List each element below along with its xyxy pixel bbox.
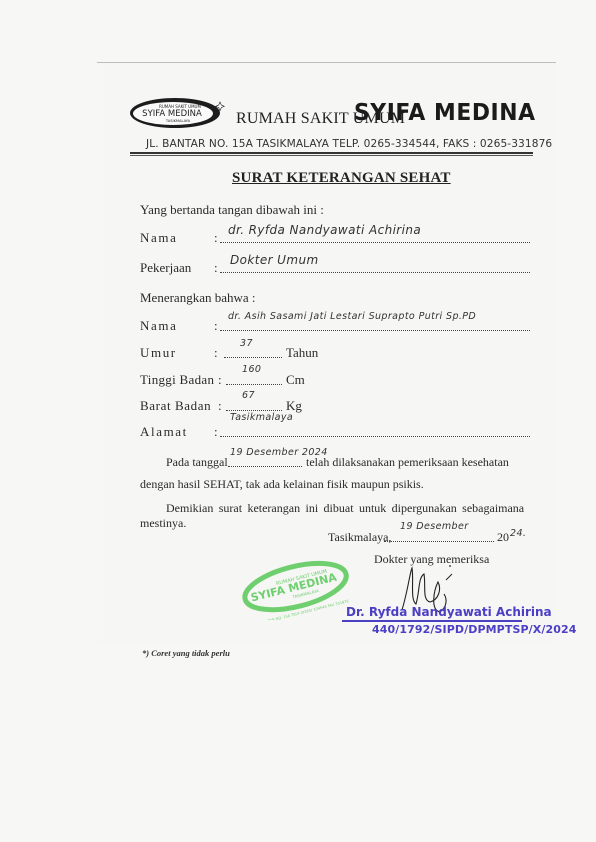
colon: : <box>214 260 218 276</box>
svg-text:TASIKMALAYA: TASIKMALAYA <box>165 119 191 123</box>
sign-place: Tasikmalaya, <box>328 530 391 545</box>
declares-text: Menerangkan bahwa : <box>140 290 256 306</box>
exam-result-text: dengan hasil SEHAT, tak ada kelainan fis… <box>140 477 424 492</box>
institution-name: SYIFA MEDINA <box>354 100 536 126</box>
sign-year-value: 24. <box>510 528 526 539</box>
header-divider-thin <box>130 155 533 156</box>
weight-value: 67 <box>242 390 255 401</box>
height-unit: Cm <box>286 372 305 388</box>
age-value: 37 <box>240 338 253 349</box>
sign-year-prefix: 20 <box>497 530 509 545</box>
doctor-stamp-name: Dr. Ryfda Nandyawati Achirina <box>346 605 552 619</box>
closing-text-end: mestinya. <box>140 516 186 531</box>
weight-label: Barat Badan <box>140 398 211 414</box>
colon: : <box>214 345 218 361</box>
signer-job-label: Pekerjaan <box>140 260 191 276</box>
height-value: 160 <box>242 364 261 375</box>
intro-text: Yang bertanda tangan dibawah ini : <box>140 202 324 218</box>
age-label: Umur <box>140 345 177 361</box>
colon: : <box>218 372 222 388</box>
closing-text: Demikian surat keterangan ini dibuat unt… <box>166 501 524 516</box>
hospital-logo: RUMAH SAKIT UMUM SYIFA MEDINA TASIKMALAY… <box>128 96 228 130</box>
height-label: Tinggi Badan <box>140 372 214 388</box>
exam-suffix: telah dilaksanakan pemeriksaan kesehatan <box>306 455 509 470</box>
doctor-license-number: 440/1792/SIPD/DPMPTSP/X/2024 <box>372 623 576 636</box>
colon: : <box>218 398 222 414</box>
age-field[interactable] <box>224 343 282 358</box>
patient-name-label: Nama <box>140 318 177 334</box>
doctor-stamp-underline <box>342 620 522 622</box>
address-value: Tasikmalaya <box>230 412 293 423</box>
patient-name-value: dr. Asih Sasami Jati Lestari Suprapto Pu… <box>228 311 476 322</box>
exam-prefix: Pada tanggal <box>166 455 228 470</box>
svg-text:SYIFA MEDINA: SYIFA MEDINA <box>142 109 202 119</box>
signer-name-label: Nama <box>140 230 177 246</box>
footnote: *) Coret yang tidak perlu <box>142 648 230 658</box>
colon: : <box>214 318 218 334</box>
sign-date-value: 19 Desember <box>400 521 469 532</box>
colon: : <box>214 424 218 440</box>
institution-address: JL. BANTAR NO. 15A TASIKMALAYA TELP. 026… <box>146 138 552 150</box>
document-title: SURAT KETERANGAN SEHAT <box>232 170 451 187</box>
age-unit: Tahun <box>286 345 318 361</box>
header-divider <box>130 152 533 154</box>
signer-name-value: dr. Ryfda Nandyawati Achirina <box>228 223 421 237</box>
signer-job-value: Dokter Umum <box>230 253 319 267</box>
hospital-stamp: RUMAH SAKIT UMUM SYIFA MEDINA TASIKMALAY… <box>238 556 358 620</box>
address-label: Alamat <box>140 424 188 440</box>
address-field[interactable] <box>220 422 530 437</box>
colon: : <box>214 230 218 246</box>
